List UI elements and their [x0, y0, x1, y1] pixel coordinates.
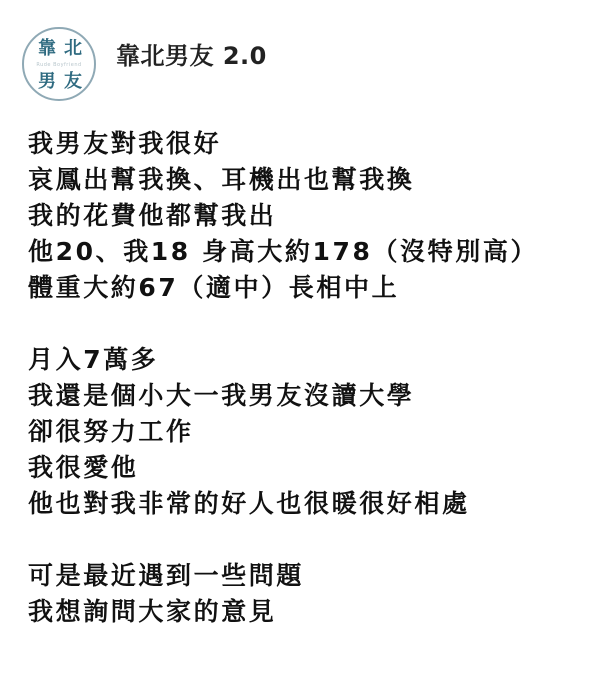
- text-line: 體重大約67（適中）長相中上: [28, 270, 598, 306]
- text-line: 月入7萬多: [28, 342, 598, 378]
- avatar-char: 友: [64, 73, 82, 91]
- paragraph-gap: [28, 522, 598, 558]
- text-line: 可是最近遇到一些問題: [28, 558, 598, 594]
- text-line: 我的花費他都幫我出: [28, 198, 598, 234]
- post-header: 靠 北 Rude Boyfriend 男 友 靠北男友 2.0: [22, 24, 267, 104]
- post-body: 我男友對我很好 哀鳳出幫我換、耳機出也幫我換 我的花費他都幫我出 他20、我18…: [28, 126, 598, 630]
- avatar-char: 北: [64, 40, 82, 58]
- text-line: 我很愛他: [28, 450, 598, 486]
- avatar-subtitle: Rude Boyfriend: [24, 62, 94, 68]
- text-line: 我想詢問大家的意見: [28, 594, 598, 630]
- paragraph: 可是最近遇到一些問題 我想詢問大家的意見: [28, 558, 598, 630]
- text-line: 他20、我18 身高大約178（沒特別高）: [28, 234, 598, 270]
- text-line: 我還是個小大一我男友沒讀大學: [28, 378, 598, 414]
- avatar-char: 男: [38, 73, 56, 91]
- paragraph-gap: [28, 306, 598, 342]
- paragraph: 我男友對我很好 哀鳳出幫我換、耳機出也幫我換 我的花費他都幫我出 他20、我18…: [28, 126, 598, 306]
- text-line: 哀鳳出幫我換、耳機出也幫我換: [28, 162, 598, 198]
- page-name[interactable]: 靠北男友 2.0: [116, 36, 267, 71]
- text-line: 我男友對我很好: [28, 126, 598, 162]
- text-line: 他也對我非常的好人也很暖很好相處: [28, 486, 598, 522]
- page-avatar[interactable]: 靠 北 Rude Boyfriend 男 友: [22, 27, 96, 101]
- avatar-char: 靠: [38, 40, 56, 58]
- text-line: 卻很努力工作: [28, 414, 598, 450]
- paragraph: 月入7萬多 我還是個小大一我男友沒讀大學 卻很努力工作 我很愛他 他也對我非常的…: [28, 342, 598, 522]
